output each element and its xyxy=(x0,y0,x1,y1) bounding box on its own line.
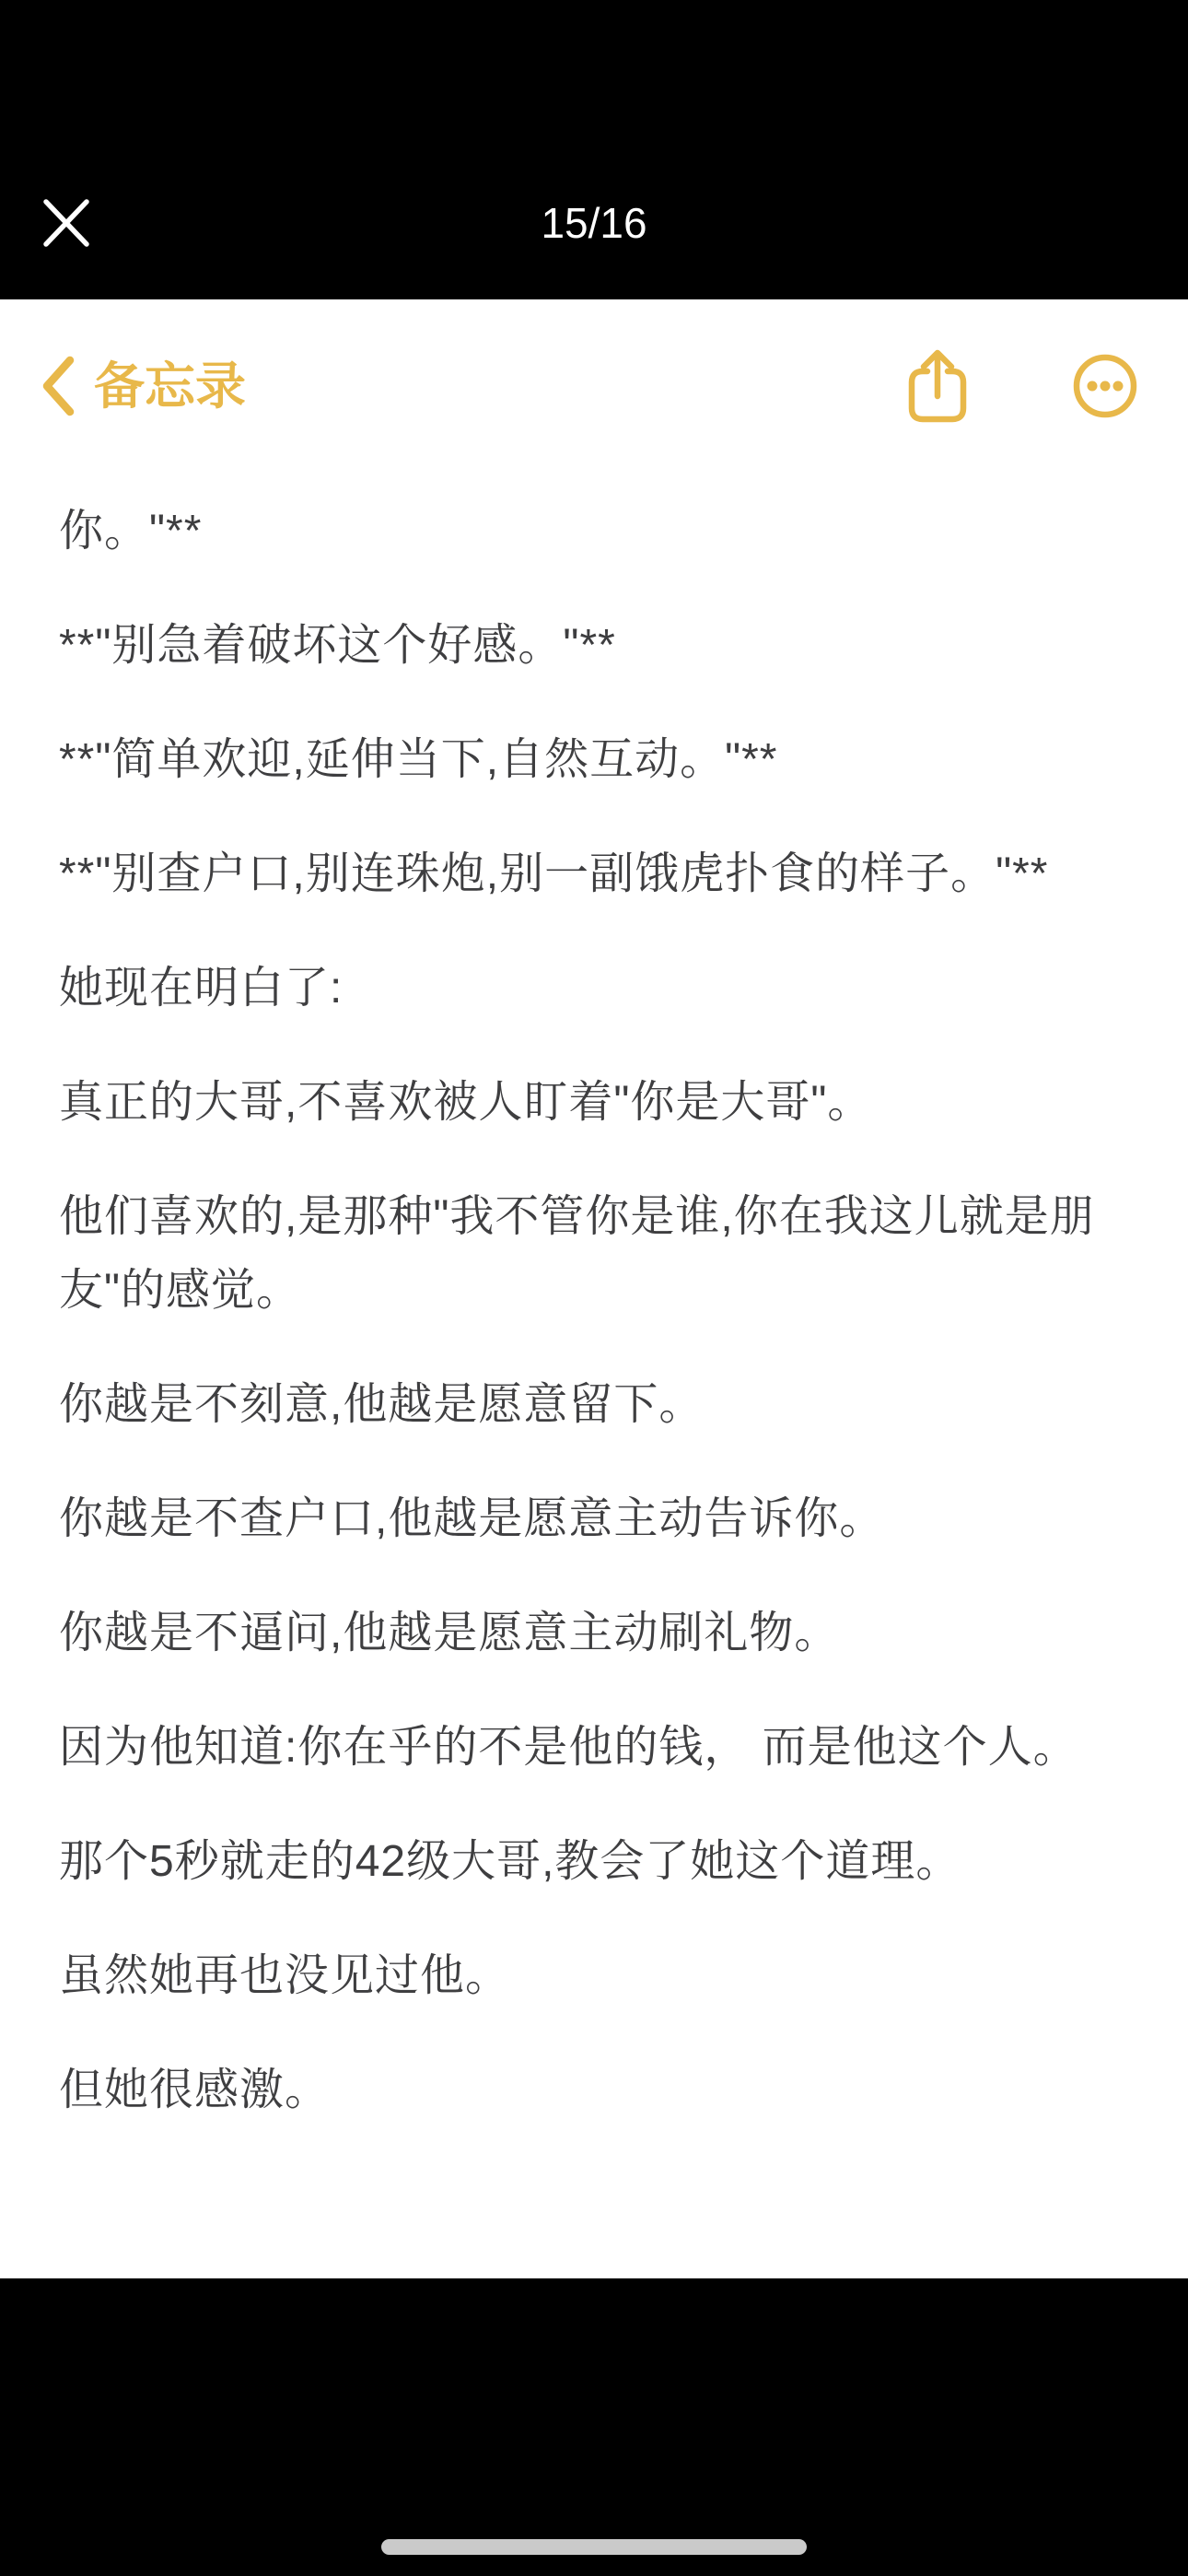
note-paragraph: 他们喜欢的,是那种"我不管你是谁,你在我这儿就是朋友"的感觉。 xyxy=(59,1180,1136,1328)
note-paragraph: 你越是不逼问,他越是愿意主动刷礼物。 xyxy=(59,1597,1136,1670)
bottom-bar xyxy=(0,2278,1188,2576)
back-button[interactable]: 备忘录 xyxy=(41,356,246,416)
note-paragraph: 你。"** xyxy=(59,495,1136,568)
note-body: 你。"****"别急着破坏这个好感。"****"简单欢迎,延伸当下,自然互动。"… xyxy=(59,495,1136,2168)
note-paragraph: 她现在明白了: xyxy=(59,952,1136,1025)
note-sheet: 备忘录 你。"****"别急着破坏这个好感。"****"简单欢迎,延伸当下 xyxy=(0,299,1188,2278)
share-up-arrow-icon xyxy=(907,348,968,424)
viewer-top-bar: 15/16 xyxy=(0,0,1188,299)
note-paragraph: 那个5秒就走的42级大哥,教会了她这个道理。 xyxy=(59,1825,1136,1899)
note-paragraph: 因为他知道:你在乎的不是他的钱， 而是他这个人。 xyxy=(59,1711,1136,1785)
note-paragraph: **"简单欢迎,延伸当下,自然互动。"** xyxy=(59,723,1136,797)
note-paragraph: 真正的大哥,不喜欢被人盯着"你是大哥"。 xyxy=(59,1066,1136,1140)
note-paragraph: 虽然她再也没见过他。 xyxy=(59,1939,1136,2013)
page-indicator: 15/16 xyxy=(0,198,1188,248)
note-paragraph: 但她很感激。 xyxy=(59,2054,1136,2127)
notes-toolbar: 备忘录 xyxy=(0,344,1188,428)
ellipsis-circle-icon xyxy=(1073,354,1137,418)
note-paragraph: **"别急着破坏这个好感。"** xyxy=(59,609,1136,683)
home-indicator[interactable] xyxy=(381,2539,807,2555)
chevron-left-icon xyxy=(41,356,76,416)
toolbar-actions xyxy=(907,348,1137,424)
note-paragraph: 你越是不查户口,他越是愿意主动告诉你。 xyxy=(59,1482,1136,1556)
share-button[interactable] xyxy=(907,348,968,424)
more-button[interactable] xyxy=(1073,354,1137,418)
note-paragraph: **"别查户口,别连珠炮,别一副饿虎扑食的样子。"** xyxy=(59,837,1136,911)
back-label: 备忘录 xyxy=(94,358,246,414)
note-paragraph: 你越是不刻意,他越是愿意留下。 xyxy=(59,1368,1136,1442)
